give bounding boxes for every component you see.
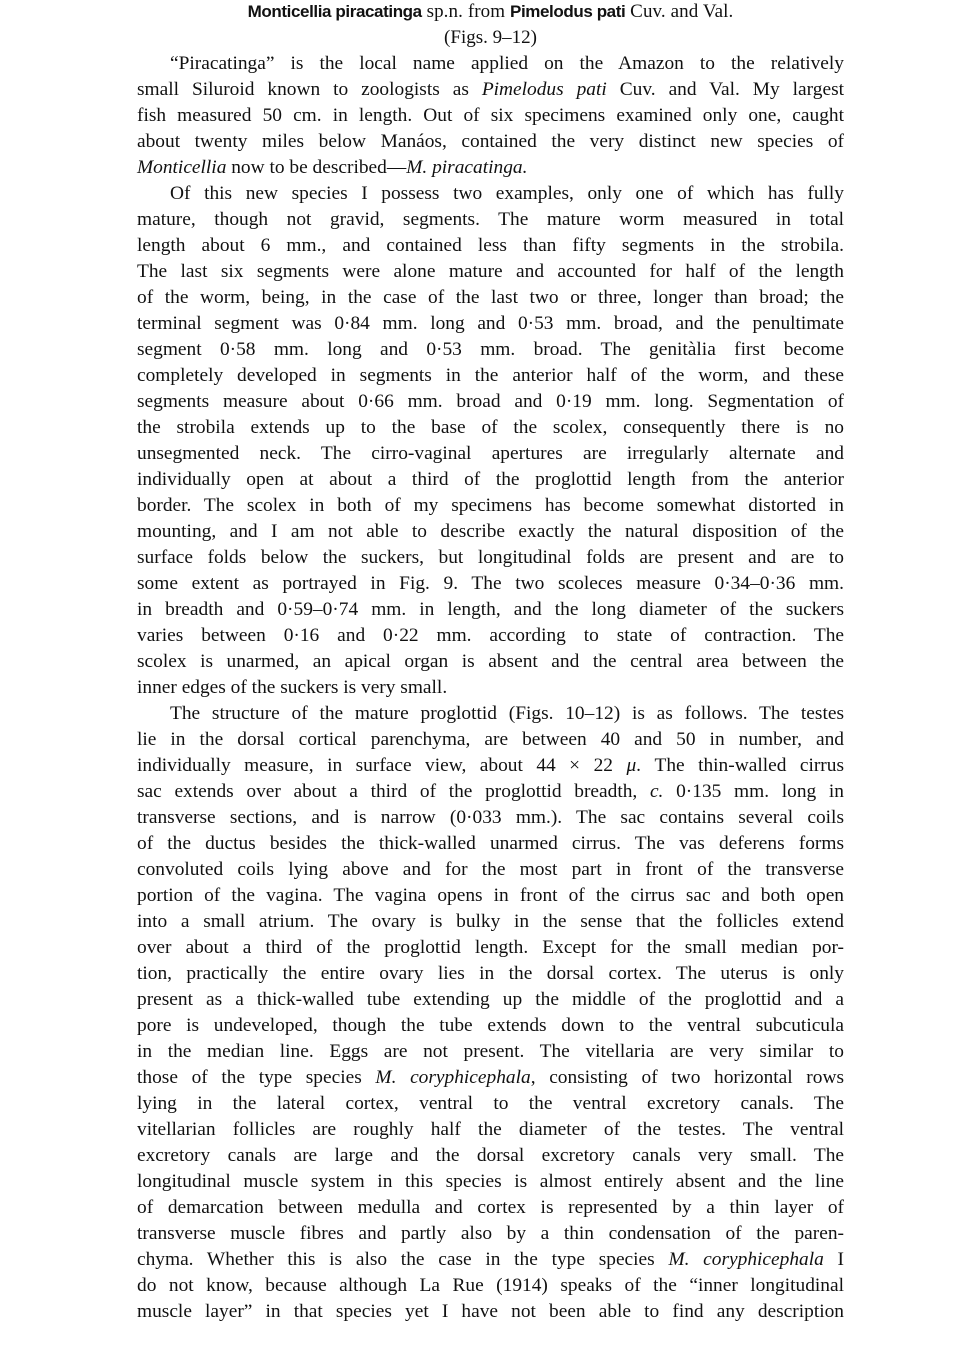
text-line: present as a thick-walled tube extending… (137, 987, 844, 1013)
text-line: transverse sections, and is narrow (0·03… (137, 805, 844, 831)
text-run: transverse muscle fibres and partly also… (137, 1223, 844, 1244)
text-line: individually measure, in surface view, a… (137, 753, 844, 779)
text-run: over about a third of the proglottid len… (137, 937, 844, 958)
text-run: in the median line. Eggs are not present… (137, 1041, 844, 1062)
text-line: pore is undeveloped, though the tube ext… (137, 1013, 844, 1039)
text-run: segments measure about 0·66 mm. broad an… (137, 391, 844, 412)
text-run: some extent as portrayed in Fig. 9. The … (137, 573, 844, 594)
text-line: segments measure about 0·66 mm. broad an… (137, 389, 844, 415)
text-line: The structure of the mature proglottid (… (137, 701, 844, 727)
text-run: of the worm, being, in the case of the l… (137, 287, 844, 308)
text-line: some extent as portrayed in Fig. 9. The … (137, 571, 844, 597)
section-heading: Monticellia piracatinga sp.n. from Pimel… (137, 0, 844, 25)
text-run: scolex is unarmed, an apical organ is ab… (137, 651, 844, 672)
text-line: in breadth and 0·59–0·74 mm. in length, … (137, 597, 844, 623)
text-line: “Piracatinga” is the local name applied … (137, 51, 844, 77)
text-run: . The thin-walled cirrus (636, 755, 844, 776)
text-line: of the worm, being, in the case of the l… (137, 285, 844, 311)
text-line: border. The scolex in both of my specime… (137, 493, 844, 519)
text-line: muscle layer” in that species yet I have… (137, 1299, 844, 1325)
text-run: about twenty miles below Manáos, contain… (137, 131, 844, 152)
text-run: border. The scolex in both of my specime… (137, 495, 844, 516)
text-line: individually open at about a third of th… (137, 467, 844, 493)
text-run: those of the type species (137, 1067, 375, 1088)
text-run: individually measure, in surface view, a… (137, 755, 626, 776)
text-line: Monticellia now to be described—M. pirac… (137, 155, 844, 181)
text-run: muscle layer” in that species yet I have… (137, 1301, 844, 1322)
italic-term: M. coryphicephala (375, 1067, 530, 1088)
text-run: individually open at about a third of th… (137, 469, 844, 490)
text-run: of demarcation between medulla and corte… (137, 1197, 844, 1218)
heading-connector: sp.n. from (422, 1, 510, 22)
figure-reference: (Figs. 9–12) (137, 25, 844, 51)
text-run: I (824, 1249, 844, 1270)
text-line: those of the type species M. coryphiceph… (137, 1065, 844, 1091)
text-run: 0·135 mm. long in (663, 781, 844, 802)
text-line: The last six segments were alone mature … (137, 259, 844, 285)
text-run: chyma. Whether this is also the case in … (137, 1249, 668, 1270)
text-run: lying in the lateral cortex, ventral to … (137, 1093, 844, 1114)
text-run: vitellarian follicles are roughly half t… (137, 1119, 844, 1140)
text-line: fish measured 50 cm. in length. Out of s… (137, 103, 844, 129)
text-line: into a small atrium. The ovary is bulky … (137, 909, 844, 935)
text-line: lie in the dorsal cortical parenchyma, a… (137, 727, 844, 753)
text-line: sac extends over about a third of the pr… (137, 779, 844, 805)
text-line: surface folds below the suckers, but lon… (137, 545, 844, 571)
text-run: transverse sections, and is narrow (0·03… (137, 807, 844, 828)
host-authority: Cuv. and Val. (625, 1, 733, 22)
text-run: terminal segment was 0·84 mm. long and 0… (137, 313, 844, 334)
text-run: The structure of the mature proglottid (… (170, 703, 844, 724)
text-line: tion, practically the entire ovary lies … (137, 961, 844, 987)
species-name: Monticellia piracatinga (248, 2, 422, 21)
text-run: surface folds below the suckers, but lon… (137, 547, 844, 568)
text-line: mature, though not gravid, segments. The… (137, 207, 844, 233)
text-line: portion of the vagina. The vagina opens … (137, 883, 844, 909)
text-run: of the ductus besides the thick-walled u… (137, 833, 844, 854)
text-line: segment 0·58 mm. long and 0·53 mm. broad… (137, 337, 844, 363)
text-line: do not know, because although La Rue (19… (137, 1273, 844, 1299)
text-run: “Piracatinga” is the local name applied … (170, 53, 844, 74)
text-run: the strobila extends up to the base of t… (137, 417, 844, 438)
text-run: varies between 0·16 and 0·22 mm. accordi… (137, 625, 844, 646)
text-run: Cuv. and Val. My largest (607, 79, 844, 100)
text-line: terminal segment was 0·84 mm. long and 0… (137, 311, 844, 337)
text-run: portion of the vagina. The vagina opens … (137, 885, 844, 906)
text-run: mounting, and I am not able to describe … (137, 521, 844, 542)
text-run: convoluted coils lying above and for the… (137, 859, 844, 880)
text-run: , consisting of two horizontal rows (531, 1067, 844, 1088)
text-run: fish measured 50 cm. in length. Out of s… (137, 105, 844, 126)
paragraph: The structure of the mature proglottid (… (137, 701, 844, 1325)
host-name: Pimelodus pati (510, 2, 625, 21)
text-line: unsegmented neck. The cirro-vaginal aper… (137, 441, 844, 467)
text-run: tion, practically the entire ovary lies … (137, 963, 844, 984)
text-line: varies between 0·16 and 0·22 mm. accordi… (137, 623, 844, 649)
italic-term: μ (626, 755, 636, 776)
text-run: segment 0·58 mm. long and 0·53 mm. broad… (137, 339, 844, 360)
document-page: Monticellia piracatinga sp.n. from Pimel… (137, 0, 844, 1325)
text-line: scolex is unarmed, an apical organ is ab… (137, 649, 844, 675)
text-line: lying in the lateral cortex, ventral to … (137, 1091, 844, 1117)
text-run: sac extends over about a third of the pr… (137, 781, 650, 802)
text-line: of demarcation between medulla and corte… (137, 1195, 844, 1221)
paragraph: Of this new species I possess two exampl… (137, 181, 844, 701)
text-line: small Siluroid known to zoologists as Pi… (137, 77, 844, 103)
text-run: length about 6 mm., and contained less t… (137, 235, 844, 256)
text-line: the strobila extends up to the base of t… (137, 415, 844, 441)
text-line: vitellarian follicles are roughly half t… (137, 1117, 844, 1143)
text-run: The last six segments were alone mature … (137, 261, 844, 282)
text-run: lie in the dorsal cortical parenchyma, a… (137, 729, 844, 750)
text-run: do not know, because although La Rue (19… (137, 1275, 844, 1296)
text-run: Of this new species I possess two exampl… (170, 183, 844, 204)
text-line: inner edges of the suckers is very small… (137, 675, 844, 701)
text-run: unsegmented neck. The cirro-vaginal aper… (137, 443, 844, 464)
text-run: mature, though not gravid, segments. The… (137, 209, 844, 230)
body-text: “Piracatinga” is the local name applied … (137, 51, 844, 1325)
text-run: present as a thick-walled tube extending… (137, 989, 844, 1010)
text-line: of the ductus besides the thick-walled u… (137, 831, 844, 857)
text-line: mounting, and I am not able to describe … (137, 519, 844, 545)
text-run: now to be described— (226, 157, 406, 178)
text-line: Of this new species I possess two exampl… (137, 181, 844, 207)
text-run: excretory canals are large and the dorsa… (137, 1145, 844, 1166)
text-line: over about a third of the proglottid len… (137, 935, 844, 961)
italic-term: Pimelodus pati (482, 79, 607, 100)
text-run: small Siluroid known to zoologists as (137, 79, 482, 100)
text-line: about twenty miles below Manáos, contain… (137, 129, 844, 155)
text-run: pore is undeveloped, though the tube ext… (137, 1015, 844, 1036)
text-line: in the median line. Eggs are not present… (137, 1039, 844, 1065)
paragraph: “Piracatinga” is the local name applied … (137, 51, 844, 181)
text-line: length about 6 mm., and contained less t… (137, 233, 844, 259)
text-run: longitudinal muscle system in this speci… (137, 1171, 844, 1192)
text-line: transverse muscle fibres and partly also… (137, 1221, 844, 1247)
text-line: longitudinal muscle system in this speci… (137, 1169, 844, 1195)
italic-term: M. coryphicephala (668, 1249, 823, 1270)
text-run: inner edges of the suckers is very small… (137, 677, 447, 698)
text-line: completely developed in segments in the … (137, 363, 844, 389)
text-run: in breadth and 0·59–0·74 mm. in length, … (137, 599, 844, 620)
italic-term: c. (650, 781, 663, 802)
text-line: chyma. Whether this is also the case in … (137, 1247, 844, 1273)
text-line: excretory canals are large and the dorsa… (137, 1143, 844, 1169)
text-run: into a small atrium. The ovary is bulky … (137, 911, 844, 932)
text-run: completely developed in segments in the … (137, 365, 844, 386)
italic-term: M. piracatinga. (406, 157, 527, 178)
text-line: convoluted coils lying above and for the… (137, 857, 844, 883)
italic-term: Monticellia (137, 157, 226, 178)
